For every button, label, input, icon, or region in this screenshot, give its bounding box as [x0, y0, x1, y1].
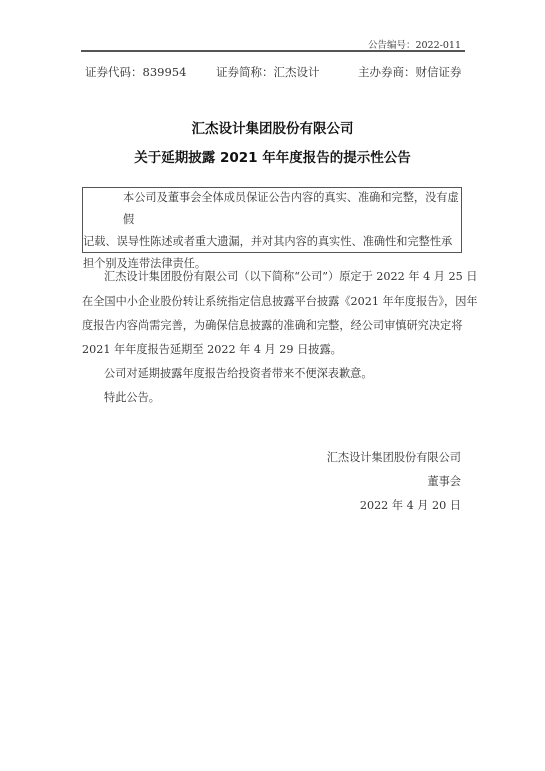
signature-date: 2022 年 4 月 20 日 — [360, 497, 461, 513]
sponsor-broker: 主办券商：财信证券 — [358, 64, 462, 80]
statement-box: 本公司及董事会全体成员保证公告内容的真实、准确和完整，没有虚假 记载、误导性陈述… — [82, 187, 462, 253]
stock-abbreviation: 证券简称：汇杰设计 — [216, 64, 320, 80]
signature-company: 汇杰设计集团股份有限公司 — [327, 449, 461, 465]
body-line: 特此公告。 — [104, 389, 160, 405]
body-line: 在全国中小企业股份转让系统指定信息披露平台披露《2021 年年度报告》，因年 — [82, 293, 478, 309]
company-title: 汇杰设计集团股份有限公司 — [0, 117, 545, 137]
announcement-title: 关于延期披露 2021 年年度报告的提示性公告 — [0, 146, 545, 166]
body-line: 汇杰设计集团股份有限公司（以下简称“公司”）原定于 2022 年 4 月 25 … — [104, 268, 477, 284]
statement-line: 本公司及董事会全体成员保证公告内容的真实、准确和完整，没有虚假 — [83, 187, 461, 231]
announcement-number: 公告编号：2022-011 — [368, 37, 461, 51]
body-line: 2021 年年度报告延期至 2022 年 4 月 29 日披露。 — [82, 341, 342, 357]
body-line: 度报告内容尚需完善，为确保信息披露的准确和完整，经公司审慎研究决定将 — [82, 317, 462, 333]
signature-board: 董事会 — [427, 473, 461, 489]
stock-code: 证券代码：839954 — [85, 64, 186, 80]
statement-line: 记载、误导性陈述或者重大遗漏，并对其内容的真实性、准确性和完整性承 — [83, 231, 461, 253]
header-divider — [81, 50, 465, 52]
body-line: 公司对延期披露年度报告给投资者带来不便深表歉意。 — [104, 365, 373, 381]
